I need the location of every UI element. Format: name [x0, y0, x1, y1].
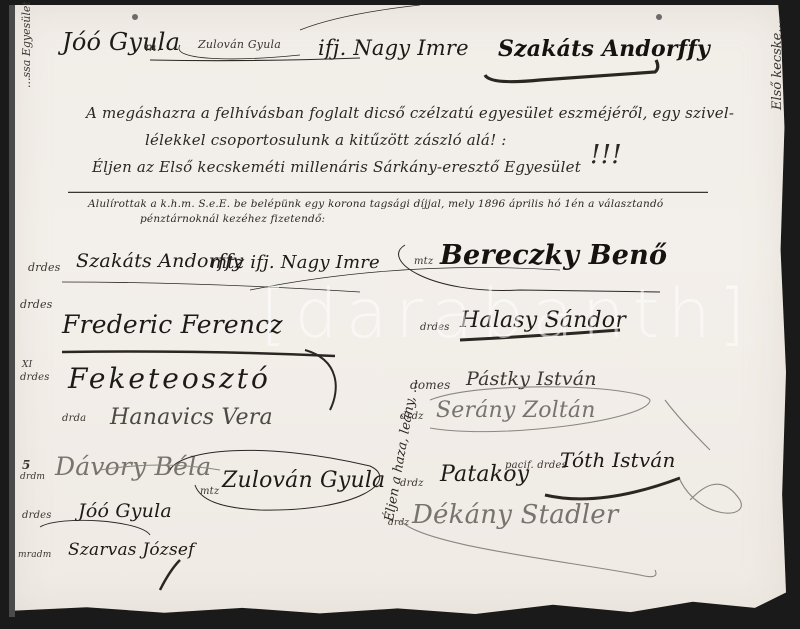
watermark: [darabanth] — [260, 275, 753, 354]
